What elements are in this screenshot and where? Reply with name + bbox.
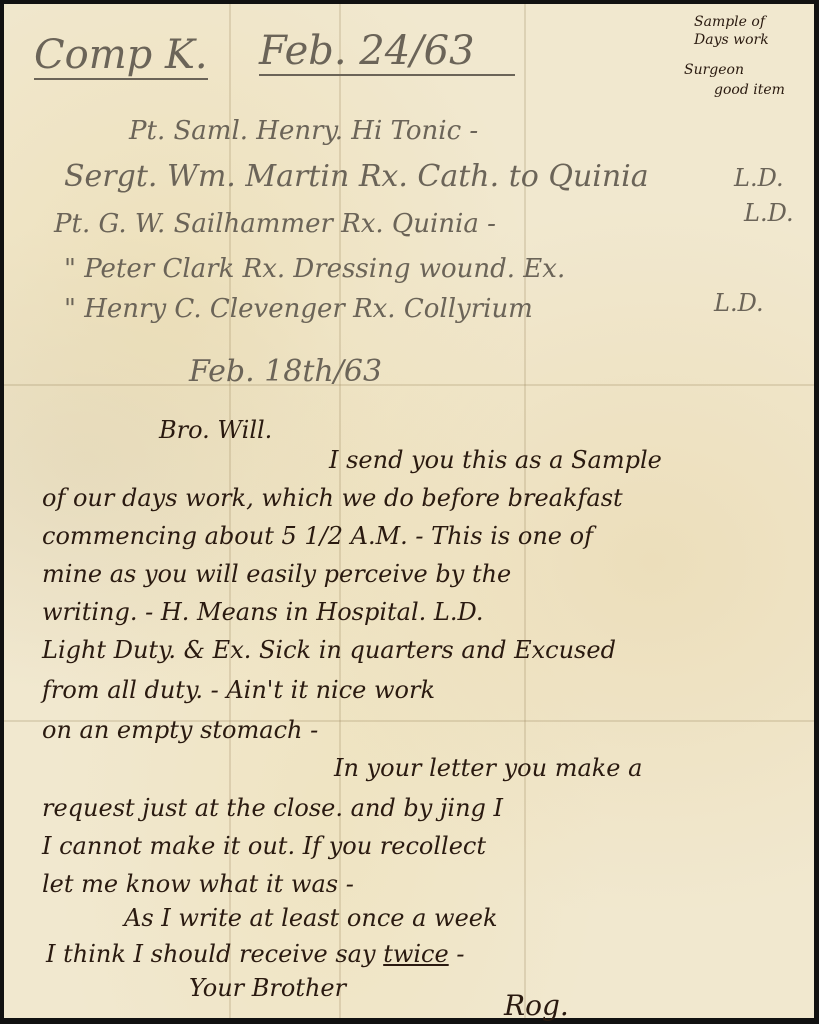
list-date: Feb. 18th/63 — [189, 354, 382, 389]
report-date: Feb. 24/63 — [259, 28, 515, 76]
list-item: Sergt. Wm. Martin Rx. Cath. to Quinia — [64, 159, 649, 194]
list-item: Pt. G. W. Sailhammer Rx. Quinia - — [54, 209, 496, 239]
closing: Your Brother — [189, 974, 346, 1002]
fold-line — [4, 384, 814, 386]
letter-paper: Comp K. Feb. 24/63 Sample of Days work S… — [4, 4, 814, 1018]
company-heading: Comp K. — [34, 32, 208, 80]
list-item: " Peter Clark Rx. Dressing wound. Ex. — [64, 254, 565, 284]
list-item: " Henry C. Clevenger Rx. Collyrium — [64, 294, 533, 324]
salutation: Bro. Will. — [159, 416, 272, 444]
list-item: Pt. Saml. Henry. Hi Tonic - — [129, 116, 478, 146]
signature: Rog. — [504, 989, 569, 1022]
